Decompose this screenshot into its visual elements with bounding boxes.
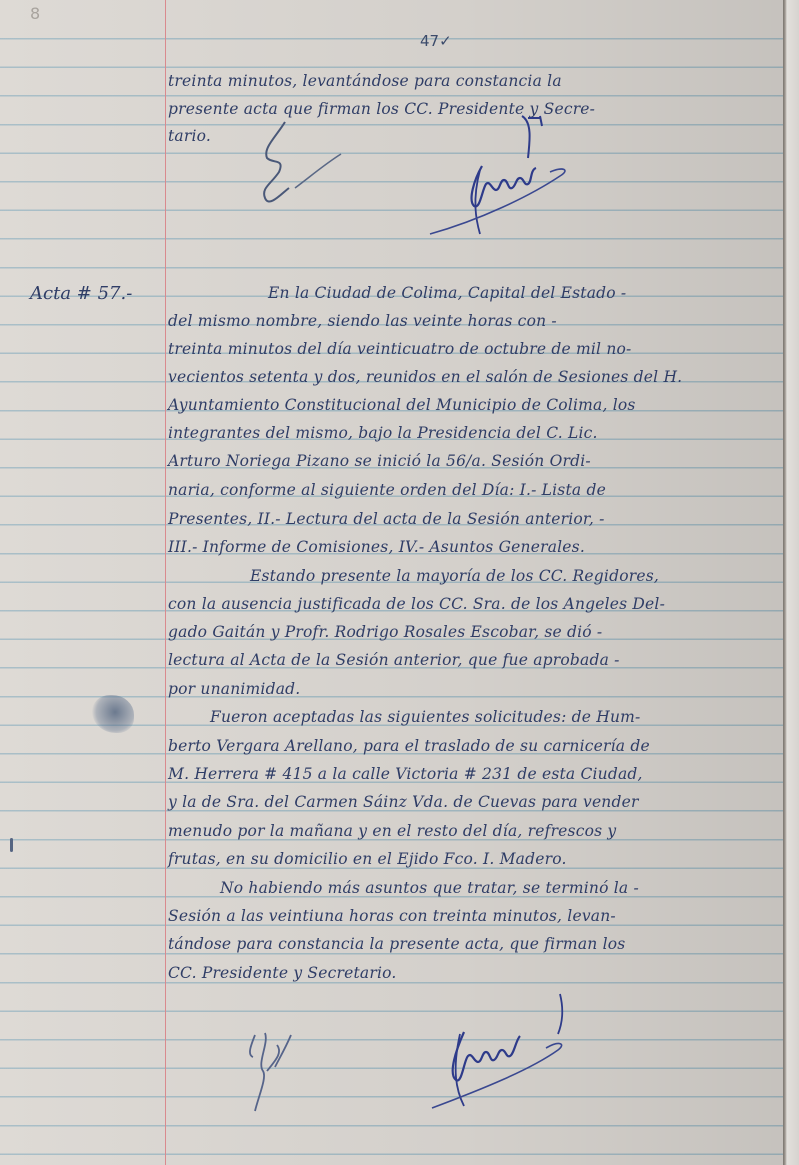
p1-line-10: III.- Informe de Comisiones, IV.- Asunto… <box>168 538 585 556</box>
signature-2-right <box>420 990 600 1120</box>
p1-line-6: integrantes del mismo, bajo la Presidenc… <box>168 424 598 442</box>
p4-line-1: No habiendo más asuntos que tratar, se t… <box>220 879 639 897</box>
signature-2-left <box>225 1015 335 1125</box>
p3-line-2: berto Vergara Arellano, para el traslado… <box>168 737 650 755</box>
ink-blot <box>92 695 134 733</box>
stray-ink-mark <box>10 838 13 852</box>
p1-line-5: Ayuntamiento Constitucional del Municipi… <box>168 396 636 414</box>
p2-line-1: Estando presente la mayoría de los CC. R… <box>250 567 659 585</box>
page-number-value: 47 <box>420 32 439 50</box>
p1-line-2: del mismo nombre, siendo las veinte hora… <box>168 312 557 330</box>
p2-line-3: gado Gaitán y Profr. Rodrigo Rosales Esc… <box>168 623 602 641</box>
continuation-line-1: treinta minutos, levantándose para const… <box>168 72 562 90</box>
ledger-page: 8 47✓ treinta minutos, levantándose para… <box>0 0 783 1165</box>
signature-1-right <box>420 110 620 240</box>
p3-line-5: menudo por la mañana y en el resto del d… <box>168 822 616 840</box>
p4-line-3: tándose para constancia la presente acta… <box>168 935 625 953</box>
p2-line-2: con la ausencia justificada de los CC. S… <box>168 595 665 613</box>
p2-line-5: por unanimidad. <box>168 680 300 698</box>
red-margin-line <box>165 0 166 1165</box>
p4-line-4: CC. Presidente y Secretario. <box>168 964 397 982</box>
p4-line-2: Sesión a las veintiuna horas con treinta… <box>168 907 616 925</box>
p1-line-8: naria, conforme al siguiente orden del D… <box>168 481 606 499</box>
page-number: 47✓ <box>420 32 452 50</box>
p1-line-1: En la Ciudad de Colima, Capital del Esta… <box>268 284 626 302</box>
page-edge <box>783 0 799 1165</box>
p1-line-9: Presentes, II.- Lectura del acta de la S… <box>168 510 605 528</box>
p3-line-3: M. Herrera # 415 a la calle Victoria # 2… <box>168 765 643 783</box>
p3-line-4: y la de Sra. del Carmen Sáinz Vda. de Cu… <box>168 793 639 811</box>
p3-line-6: frutas, en su domicilio en el Ejido Fco.… <box>168 850 567 868</box>
p1-line-4: vecientos setenta y dos, reunidos en el … <box>168 368 682 386</box>
acta-number-label: Acta # 57.- <box>30 283 132 304</box>
signature-1-left <box>255 118 345 228</box>
p1-line-3: treinta minutos del día veinticuatro de … <box>168 340 631 358</box>
continuation-line-3: tario. <box>168 127 211 145</box>
corner-mark: 8 <box>30 4 40 23</box>
p3-line-1: Fueron aceptadas las siguientes solicitu… <box>210 708 641 726</box>
p2-line-4: lectura al Acta de la Sesión anterior, q… <box>168 651 620 669</box>
checkmark-icon: ✓ <box>439 32 452 50</box>
p1-line-7: Arturo Noriega Pizano se inició la 56/a.… <box>168 452 591 470</box>
